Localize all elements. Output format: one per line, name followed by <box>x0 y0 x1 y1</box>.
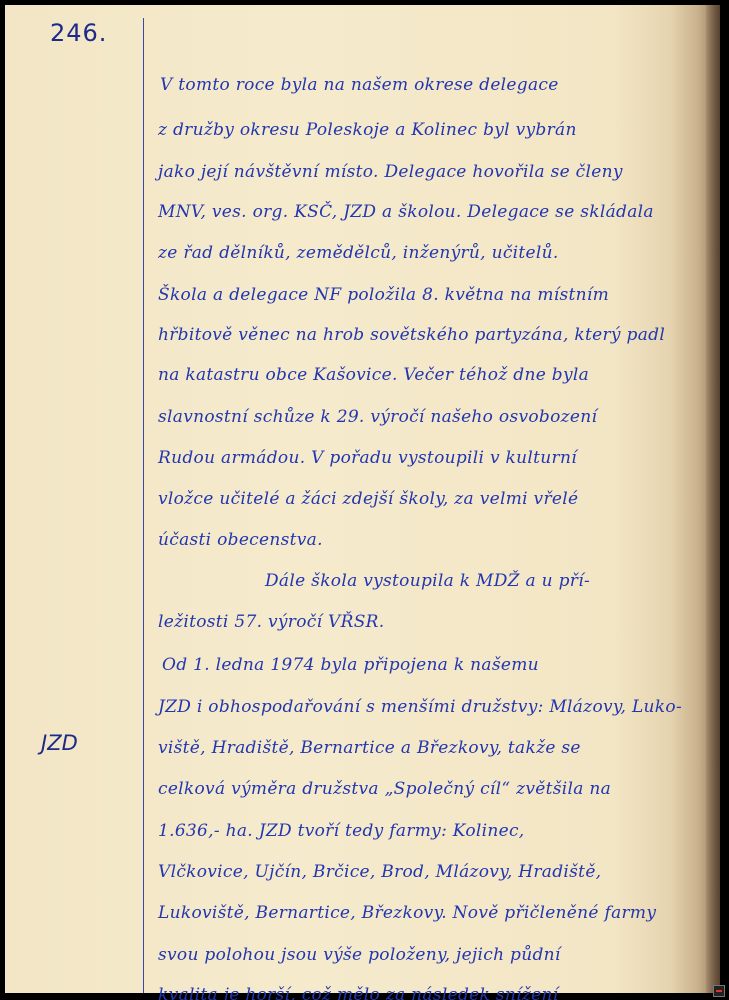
text-line: ležitosti 57. výročí VŘSR. <box>158 612 384 632</box>
text-line: Vlčkovice, Ujčín, Brčice, Brod, Mlázovy,… <box>158 862 601 882</box>
text-line: viště, Hradiště, Bernartice a Březkovy, … <box>158 738 581 758</box>
text-line: Rudou armádou. V pořadu vystoupili v kul… <box>158 448 577 468</box>
book-binding-edge <box>706 5 720 993</box>
margin-note: JZD <box>41 731 78 755</box>
text-line: celková výměra družstva „Společný cíl“ z… <box>158 779 611 799</box>
text-line: ze řad dělníků, zemědělců, inženýrů, uči… <box>158 243 559 263</box>
text-line: Dále škola vystoupila k MDŽ a u pří- <box>265 571 590 591</box>
text-line: účasti obecenstva. <box>158 530 323 550</box>
margin-rule-line <box>143 18 144 993</box>
text-line: vložce učitelé a žáci zdejší školy, za v… <box>158 489 578 509</box>
minimize-icon[interactable] <box>713 985 725 997</box>
text-line: slavnostní schůze k 29. výročí našeho os… <box>158 407 597 427</box>
text-line: Škola a delegace NF položila 8. května n… <box>158 285 609 305</box>
text-line: V tomto roce byla na našem okrese delega… <box>160 75 559 95</box>
text-line: kvalita je horší, což mělo za následek s… <box>158 985 558 1000</box>
text-line: hřbitově věnec na hrob sovětského partyz… <box>158 325 665 345</box>
text-line: svou polohou jsou výše položeny, jejich … <box>158 945 561 965</box>
text-line: JZD i obhospodařování s menšími družstvy… <box>158 697 682 717</box>
text-line: 1.636,- ha. JZD tvoří tedy farmy: Koline… <box>158 821 525 841</box>
scanned-chronicle-page: 246. JZD V tomto roce byla na našem okre… <box>5 5 720 993</box>
text-line: Lukoviště, Bernartice, Březkovy. Nově př… <box>158 903 656 923</box>
text-line: na katastru obce Kašovice. Večer téhož d… <box>158 365 589 385</box>
text-line: jako její návštěvní místo. Delegace hovo… <box>158 162 623 182</box>
text-line: Od 1. ledna 1974 byla připojena k našemu <box>162 655 539 675</box>
page-number: 246. <box>50 19 107 47</box>
text-line: z družby okresu Poleskoje a Kolinec byl … <box>158 120 577 140</box>
text-line: MNV, ves. org. KSČ, JZD a školou. Delega… <box>158 202 654 222</box>
